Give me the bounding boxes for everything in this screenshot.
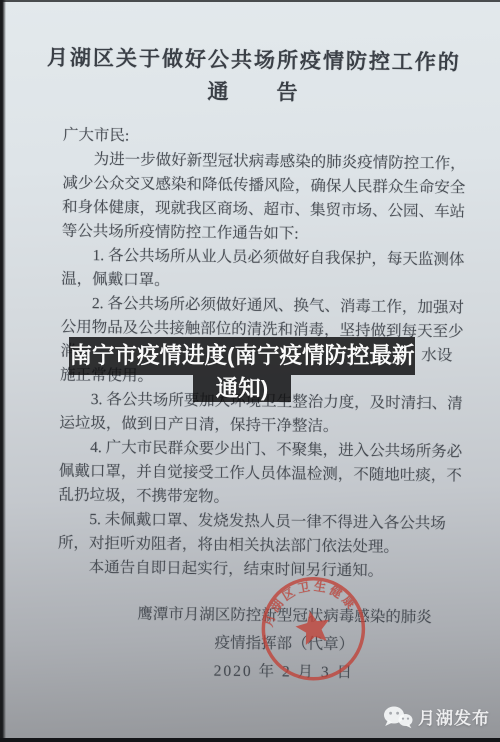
photo-edge-top [0,0,500,2]
seal-star-icon [293,608,333,646]
banner-line-1: 南宁市疫情进度(南宁疫情防控最新 [69,337,415,375]
banner-line-2: 通知) [193,375,291,402]
wechat-icon [383,705,413,729]
photo-edge-left [0,0,6,742]
watermark-label: 月湖发布 [418,704,490,729]
page-title: 月湖区关于做好公共场所疫情防控工作的 通 告 [23,41,484,111]
official-red-seal: 月湖区卫生健康 [245,559,381,695]
document-photo: 月湖区关于做好公共场所疫情防控工作的 通 告 广大市民: 为进一步做好新型冠状病… [0,0,500,742]
publisher-watermark: 月湖发布 [383,704,490,729]
photo-edge-bottom [0,738,500,742]
title-line-1: 月湖区关于做好公共场所疫情防控工作的 [24,41,484,79]
title-line-2: 通 告 [23,73,483,111]
headline-overlay-banner: 南宁市疫情进度(南宁疫情防控最新 通知) [0,337,484,402]
